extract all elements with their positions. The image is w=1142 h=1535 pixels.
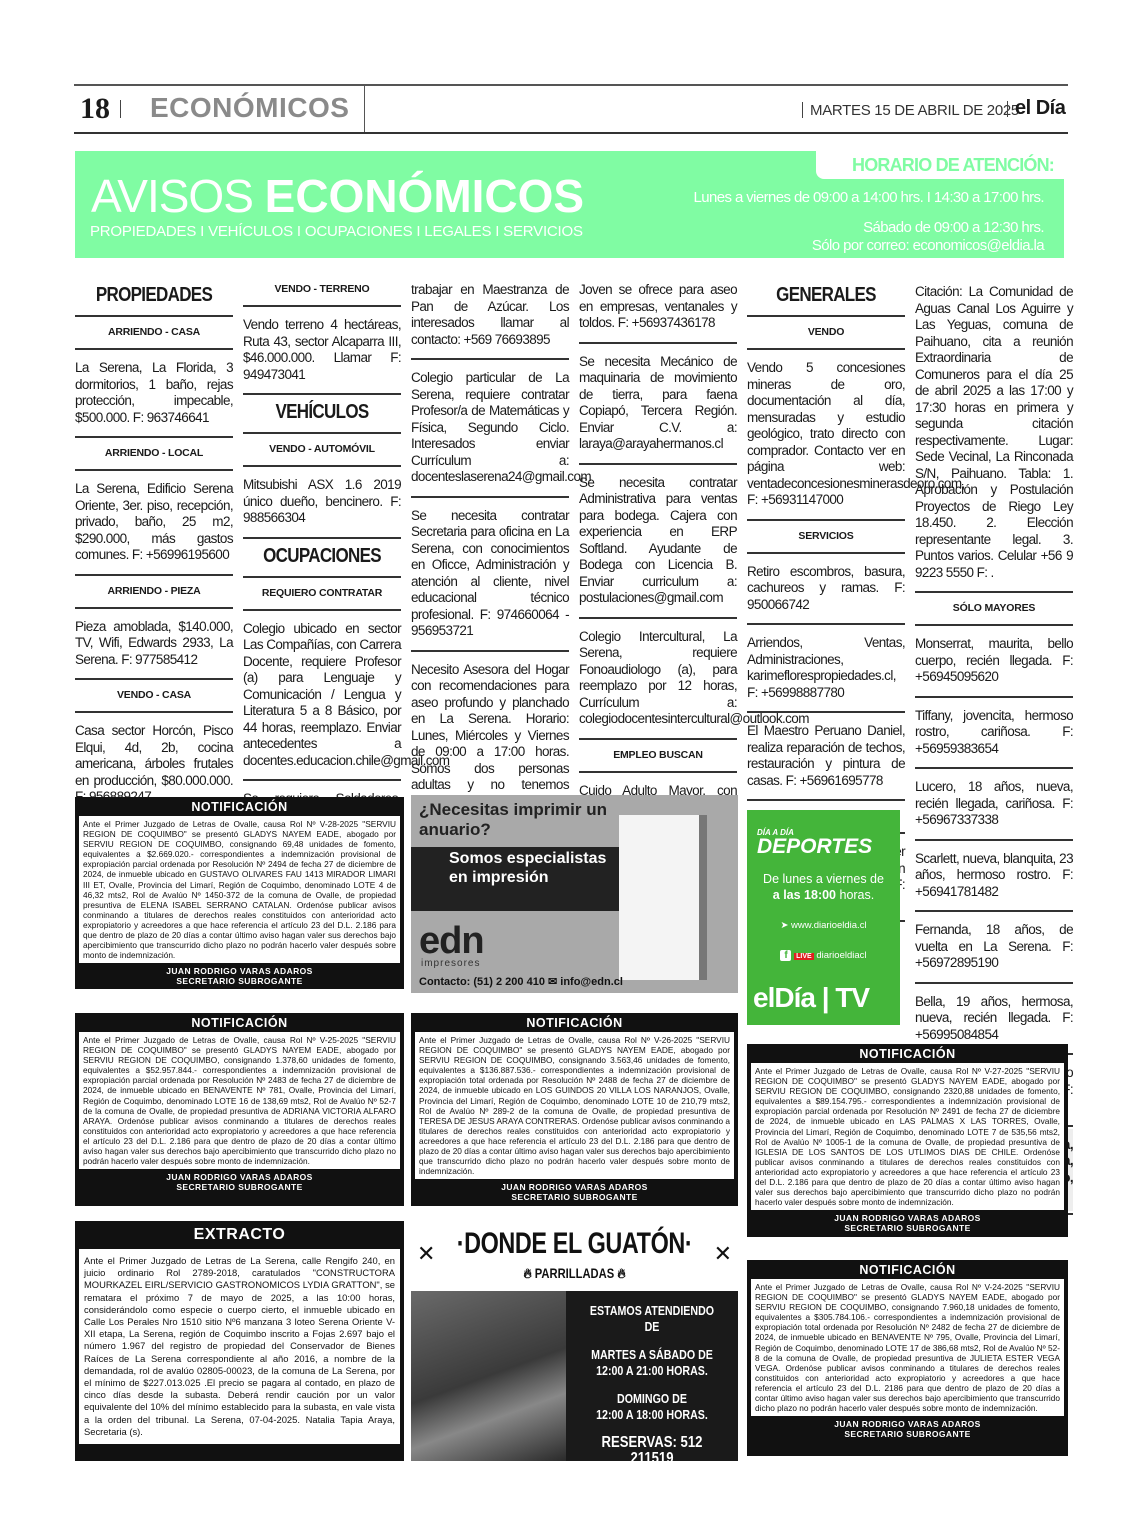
classified-ad: Vendo 5 concesiones mineras de oro, docu…: [747, 352, 905, 517]
reservations-phone: RESERVAS: 512 211519: [581, 1435, 722, 1461]
deportes-ad: DÍA A DÍA DEPORTES De lunes a viernes de…: [747, 810, 900, 1025]
classified-ad: trabajar en Maestranza de Pan de Azúcar.…: [411, 278, 569, 356]
legal-notice: NOTIFICACIÓN Ante el Primer Juzgado de L…: [411, 1013, 738, 1206]
extracto-notice: EXTRACTO Ante el Primer Juzgado de Letra…: [75, 1221, 404, 1461]
citation-notice: Citación: La Comunidad de Aguas Canal Lo…: [915, 280, 1073, 589]
deportes-title: DEPORTES: [757, 835, 872, 859]
edn-contact: Contacto: (51) 2 200 410 ✉ info@edn.cl: [419, 975, 623, 988]
notice-body: Ante el Primer Juzgado de Letras de Oval…: [751, 1063, 1064, 1210]
subheading: EMPLEO BUSCAN: [579, 742, 737, 769]
classified-ad: Joven se ofrece para aseo en empresas, v…: [579, 278, 737, 340]
subheading: VENDO: [747, 319, 905, 346]
notice-title: NOTIFICACIÓN: [747, 1044, 1068, 1063]
classified-ad: Tiffany, jovencita, hermoso rostro, cari…: [915, 700, 1073, 766]
notice-signature: JUAN RODRIGO VARAS ADAROSSECRETARIO SUBR…: [747, 1416, 1068, 1444]
edn-logo: edn: [419, 920, 484, 963]
header-divider: [120, 100, 121, 118]
classified-ad: Colegio Intercultural, La Serena, requie…: [579, 621, 737, 736]
hours-title: HORARIO DE ATENCIÓN:: [852, 155, 1054, 176]
banner-categories: PROPIEDADES I VEHÍCULOS I OCUPACIONES I …: [90, 223, 583, 240]
section-title: ECONÓMICOS: [150, 92, 349, 124]
utensils-icon: ✕: [417, 1241, 435, 1267]
edn-logo-sub: impresores: [421, 958, 480, 969]
classified-ad: Se necesita contratar Secretaria para of…: [411, 500, 569, 648]
legal-notice: NOTIFICACIÓN Ante el Primer Juzgado de L…: [75, 1013, 404, 1206]
classified-ad: Retiro escombros, basura, cachureos y ra…: [747, 556, 905, 622]
subheading: SERVICIOS: [747, 523, 905, 550]
subheading: VENDO - AUTOMÓVIL: [243, 436, 401, 463]
flame-icon: 🔥︎: [614, 1265, 625, 1281]
column-ocupaciones-empleo: Joven se ofrece para aseo en empresas, v…: [579, 278, 737, 846]
classified-ad: Lucero, 18 años, nueva, recién llegada, …: [915, 771, 1073, 837]
header-vertical-divider: [364, 86, 365, 133]
classified-ad: Vendo terreno 4 hectáreas, Ruta 43, sect…: [243, 309, 401, 391]
notice-body: Ante el Primer Juzgado de Letras de Oval…: [415, 1032, 734, 1179]
notice-body: Ante el Primer Juzgado de Letras de Oval…: [79, 816, 400, 963]
utensils-icon: ✕: [714, 1241, 732, 1267]
page-number: 18: [80, 92, 110, 126]
subheading: ARRIENDO - PIEZA: [75, 578, 233, 605]
classified-ad: Fernanda, 18 años, de vuelta en La Seren…: [915, 914, 1073, 980]
facebook-handle: diarioeldiacl: [816, 950, 866, 961]
notice-signature: JUAN RODRIGO VARAS ADAROSSECRETARIO SUBR…: [411, 1179, 738, 1207]
classified-ad: Monserrat, maurita, bello cuerpo, recién…: [915, 628, 1073, 694]
notice-title: NOTIFICACIÓN: [411, 1013, 738, 1032]
restaurant-hours: ESTAMOS ATENDIENDO DE MARTES A SÁBADO DE…: [581, 1303, 722, 1461]
column-vehiculos-ocupaciones: VENDO - TERRENO Vendo terreno 4 hectárea…: [243, 276, 401, 849]
legal-notice: NOTIFICACIÓN Ante el Primer Juzgado de L…: [75, 797, 404, 989]
heading-generales: GENERALES: [759, 280, 893, 313]
notice-title: NOTIFICACIÓN: [747, 1260, 1068, 1279]
header-top-rule: [74, 84, 1068, 86]
classified-ad: Pieza amoblada, $140.000, TV, Wifi, Edwa…: [75, 611, 233, 677]
eldia-tv-logo: elDía | TV: [753, 982, 869, 1014]
subheading: ARRIENDO - LOCAL: [75, 440, 233, 467]
extracto-body: Ante el Primer Juzgado de Letras de La S…: [79, 1249, 400, 1444]
classified-ad: Mitsubishi ASX 1.6 2019 único dueño, ben…: [243, 469, 401, 535]
notice-signature: JUAN RODRIGO VARAS ADAROSSECRETARIO SUBR…: [75, 1169, 404, 1197]
facebook-icon: f: [780, 950, 791, 961]
restaurant-name: ·DONDE EL GUATÓN·: [447, 1227, 702, 1261]
heading-propiedades: PROPIEDADES: [87, 280, 221, 313]
classified-ad: Bella, 19 años, hermosa, nueva, recién l…: [915, 986, 1073, 1052]
banner-title: AVISOS ECONÓMICOS: [91, 169, 584, 223]
subheading: REQUIERO CONTRATAR: [243, 580, 401, 607]
notice-title: NOTIFICACIÓN: [75, 797, 404, 816]
subheading: ARRIENDO - CASA: [75, 319, 233, 346]
hours-tab: HORARIO DE ATENCIÓN:: [816, 151, 1064, 179]
avisos-banner: HORARIO DE ATENCIÓN: AVISOS ECONÓMICOS P…: [75, 151, 1064, 258]
classified-ad: Se necesita Mecánico de maquinaria de mo…: [579, 346, 737, 461]
classified-ad: La Serena, Edificio Serena Oriente, 3er.…: [75, 473, 233, 572]
classified-ad: El Maestro Peruano Daniel, realiza repar…: [747, 715, 905, 797]
hours-weekdays: Lunes a viernes de 09:00 a 14:00 hrs. I …: [694, 189, 1044, 206]
notice-signature: JUAN RODRIGO VARAS ADAROSSECRETARIO SUBR…: [747, 1210, 1068, 1238]
hours-saturday-email: Sábado de 09:00 a 12:30 hrs.Sólo por cor…: [812, 219, 1044, 255]
subheading: VENDO - TERRENO: [243, 276, 401, 303]
classified-ad: Colegio particular de La Serena, requier…: [411, 362, 569, 494]
grill-photo: [411, 1291, 566, 1461]
subheading: SÓLO MAYORES: [915, 595, 1073, 622]
legal-notice: NOTIFICACIÓN Ante el Primer Juzgado de L…: [747, 1044, 1068, 1237]
notice-signature: JUAN RODRIGO VARAS ADAROSSECRETARIO SUBR…: [75, 963, 404, 991]
extracto-title: EXTRACTO: [75, 1221, 404, 1249]
cursor-icon: ➤: [780, 920, 791, 931]
notice-title: NOTIFICACIÓN: [75, 1013, 404, 1032]
header-bottom-rule: [74, 132, 1068, 134]
issue-date: MARTES 15 DE ABRIL DE 2025: [810, 102, 1019, 119]
website-link: www.diarioeldia.cl: [791, 920, 867, 931]
book-image: [619, 815, 699, 980]
live-badge: LIVE: [794, 953, 814, 960]
flame-icon: 🔥︎: [523, 1265, 534, 1281]
newspaper-logo: el Día: [1015, 97, 1065, 120]
classified-ad: La Serena, La Florida, 3 dormitorios, 1 …: [75, 352, 233, 434]
subheading: VENDO - CASA: [75, 682, 233, 709]
classified-ad: Se necesita contratar Administrativa par…: [579, 467, 737, 615]
classified-ad: Colegio ubicado en sector Las Compañías,…: [243, 613, 401, 778]
restaurant-subtitle: 🔥︎ PARRILLADAS 🔥︎: [444, 1265, 706, 1282]
heading-vehiculos: VEHÍCULOS: [255, 397, 389, 430]
classified-ad: Scarlett, nueva, blanquita, 23 años, her…: [915, 843, 1073, 909]
column-propiedades: PROPIEDADES ARRIENDO - CASA La Serena, L…: [75, 280, 233, 820]
notice-body: Ante el Primer Juzgado de Letras de Oval…: [751, 1279, 1064, 1416]
donde-el-guaton-ad: ✕ ✕ ·DONDE EL GUATÓN· 🔥︎ PARRILLADAS 🔥︎ …: [411, 1221, 738, 1461]
classified-ad: Arriendos, Ventas, Administraciones, kar…: [747, 627, 905, 709]
notice-body: Ante el Primer Juzgado de Letras de Oval…: [79, 1032, 400, 1169]
heading-ocupaciones: OCUPACIONES: [255, 541, 389, 574]
legal-notice: NOTIFICACIÓN Ante el Primer Juzgado de L…: [747, 1260, 1068, 1456]
edn-tagline: Somos especialistas en impresión: [449, 849, 609, 887]
edn-printing-ad: ¿Necesitas imprimir un anuario? Somos es…: [411, 795, 738, 993]
edn-question: ¿Necesitas imprimir un anuario?: [419, 800, 609, 840]
